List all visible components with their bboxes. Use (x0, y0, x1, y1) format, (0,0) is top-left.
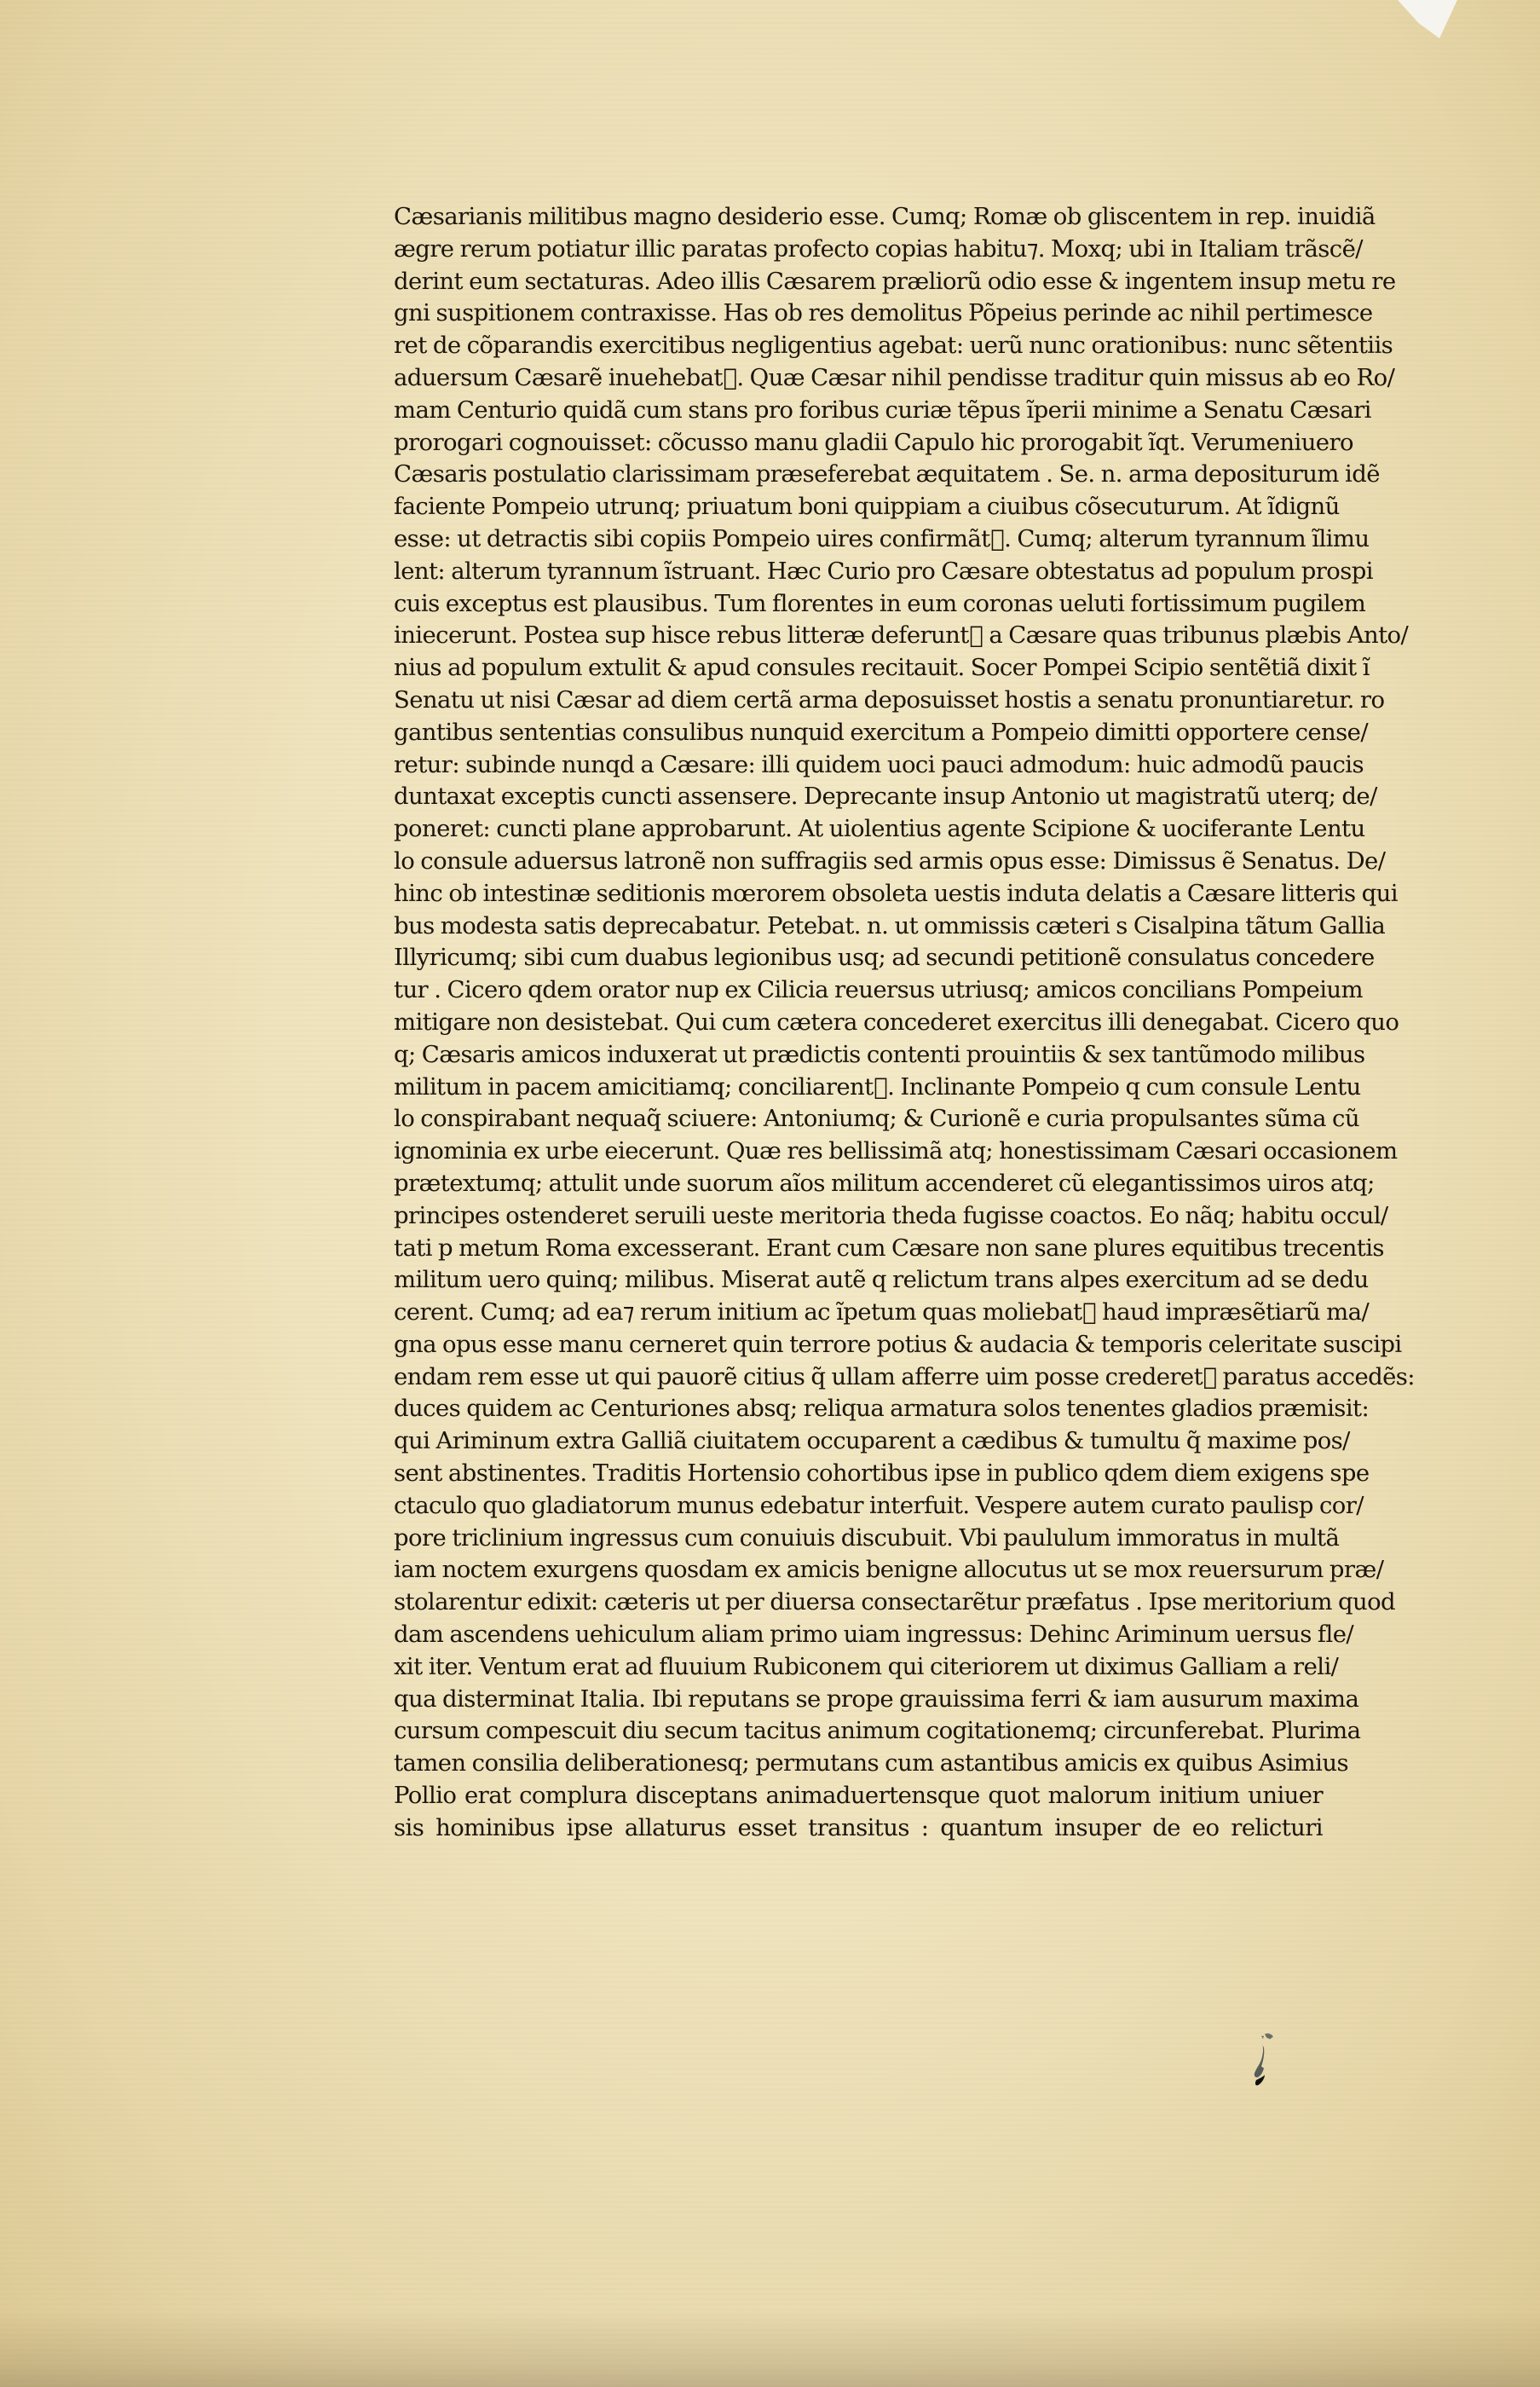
text-line: Cæsarianis militibus magno desiderio ess… (394, 201, 1323, 234)
text-line: derint eum sectaturas. Adeo illis Cæsare… (394, 266, 1323, 298)
text-line: principes ostenderet seruili ueste merit… (394, 1200, 1323, 1233)
text-line: xit iter. Ventum erat ad fluuium Rubicon… (394, 1651, 1323, 1684)
text-line: esse: ut detractis sibi copiis Pompeio u… (394, 523, 1323, 556)
parchment-page: Cæsarianis militibus magno desiderio ess… (0, 0, 1540, 2387)
text-line: lo conspirabant nequaq̃ sciuere: Antoniu… (394, 1103, 1323, 1136)
text-line: sis hominibus ipse allaturus esset trans… (394, 1812, 1323, 1845)
text-line: prætextumq; attulit unde suorum aĩos mil… (394, 1168, 1323, 1200)
text-line: tur . Cicero qdem orator nup ex Cilicia … (394, 974, 1323, 1007)
text-line: duntaxat exceptis cuncti assensere. Depr… (394, 781, 1323, 813)
text-line: stolarentur edixit: cæteris ut per diuer… (394, 1587, 1323, 1619)
text-line: lo consule aduersus latronẽ non suffragi… (394, 846, 1323, 878)
text-line: iniecerunt. Postea sup hisce rebus litte… (394, 620, 1323, 652)
text-line: ægre rerum potiatur illic paratas profec… (394, 234, 1323, 266)
text-line: cerent. Cumq; ad ea⁊ rerum initium ac ĩp… (394, 1297, 1323, 1329)
text-line: qui Ariminum extra Galliã ciuitatem occu… (394, 1425, 1323, 1458)
text-line: ret de cõparandis exercitibus negligenti… (394, 330, 1323, 362)
text-line: Senatu ut nisi Cæsar ad diem certã arma … (394, 685, 1323, 717)
text-line: aduersum Cæsarẽ inuehebat᷑. Quæ Cæsar ni… (394, 362, 1323, 395)
text-line: gna opus esse manu cerneret quin terrore… (394, 1329, 1323, 1361)
text-line: militum uero quinq; milibus. Miserat aut… (394, 1264, 1323, 1297)
text-line: nius ad populum extulit & apud consules … (394, 652, 1323, 685)
text-line: tati p metum Roma excesserant. Erant cum… (394, 1233, 1323, 1265)
text-line: duces quidem ac Centuriones absq; reliqu… (394, 1393, 1323, 1425)
text-line: sent abstinentes. Traditis Hortensio coh… (394, 1458, 1323, 1490)
text-line: cuis exceptus est plausibus. Tum florent… (394, 588, 1323, 621)
text-line: gantibus sententias consulibus nunquid e… (394, 717, 1323, 749)
text-line (394, 1845, 1323, 1877)
text-line: faciente Pompeio utrunq; priuatum boni q… (394, 491, 1323, 523)
text-line: Illyricumq; sibi cum duabus legionibus u… (394, 942, 1323, 974)
text-line: ctaculo quo gladiatorum munus edebatur i… (394, 1490, 1323, 1523)
text-line: hinc ob intestinæ seditionis mœrorem obs… (394, 878, 1323, 910)
text-line: Cæsaris postulatio clarissimam præsefere… (394, 459, 1323, 491)
text-line: tamen consilia deliberationesq; permutan… (394, 1748, 1323, 1780)
text-line: dam ascendens uehiculum aliam primo uiam… (394, 1619, 1323, 1651)
text-line: endam rem esse ut qui pauorẽ citius q̃ u… (394, 1361, 1323, 1394)
text-line: lent: alterum tyrannum ĩstruant. Hæc Cur… (394, 556, 1323, 588)
text-line: ignominia ex urbe eiecerunt. Quæ res bel… (394, 1136, 1323, 1168)
text-line: retur: subinde nunqd a Cæsare: illi quid… (394, 749, 1323, 782)
text-line: poneret: cuncti plane approbarunt. At ui… (394, 813, 1323, 846)
text-line: cursum compescuit diu secum tacitus anim… (394, 1715, 1323, 1748)
text-line: Pollio erat complura disceptans animadue… (394, 1780, 1323, 1812)
text-line: qua disterminat Italia. Ibi reputans se … (394, 1684, 1323, 1716)
text-line: militum in pacem amicitiamq; conciliaren… (394, 1072, 1323, 1104)
text-line: iam noctem exurgens quosdam ex amicis be… (394, 1554, 1323, 1587)
text-line: prorogari cognouisset: cõcusso manu glad… (394, 427, 1323, 459)
torn-corner (1398, 0, 1457, 38)
text-line: q; Cæsaris amicos induxerat ut prædictis… (394, 1039, 1323, 1072)
text-line: mam Centurio quidã cum stans pro foribus… (394, 395, 1323, 427)
text-line: mitigare non desistebat. Qui cum cætera … (394, 1007, 1323, 1039)
text-line: bus modesta satis deprecabatur. Petebat.… (394, 910, 1323, 943)
text-line: gni suspitionem contraxisse. Has ob res … (394, 298, 1323, 330)
ink-blot-mark (1251, 2029, 1277, 2097)
latin-text-block: Cæsarianis militibus magno desiderio ess… (394, 201, 1323, 1876)
text-line: pore triclinium ingressus cum conuiuis d… (394, 1523, 1323, 1555)
